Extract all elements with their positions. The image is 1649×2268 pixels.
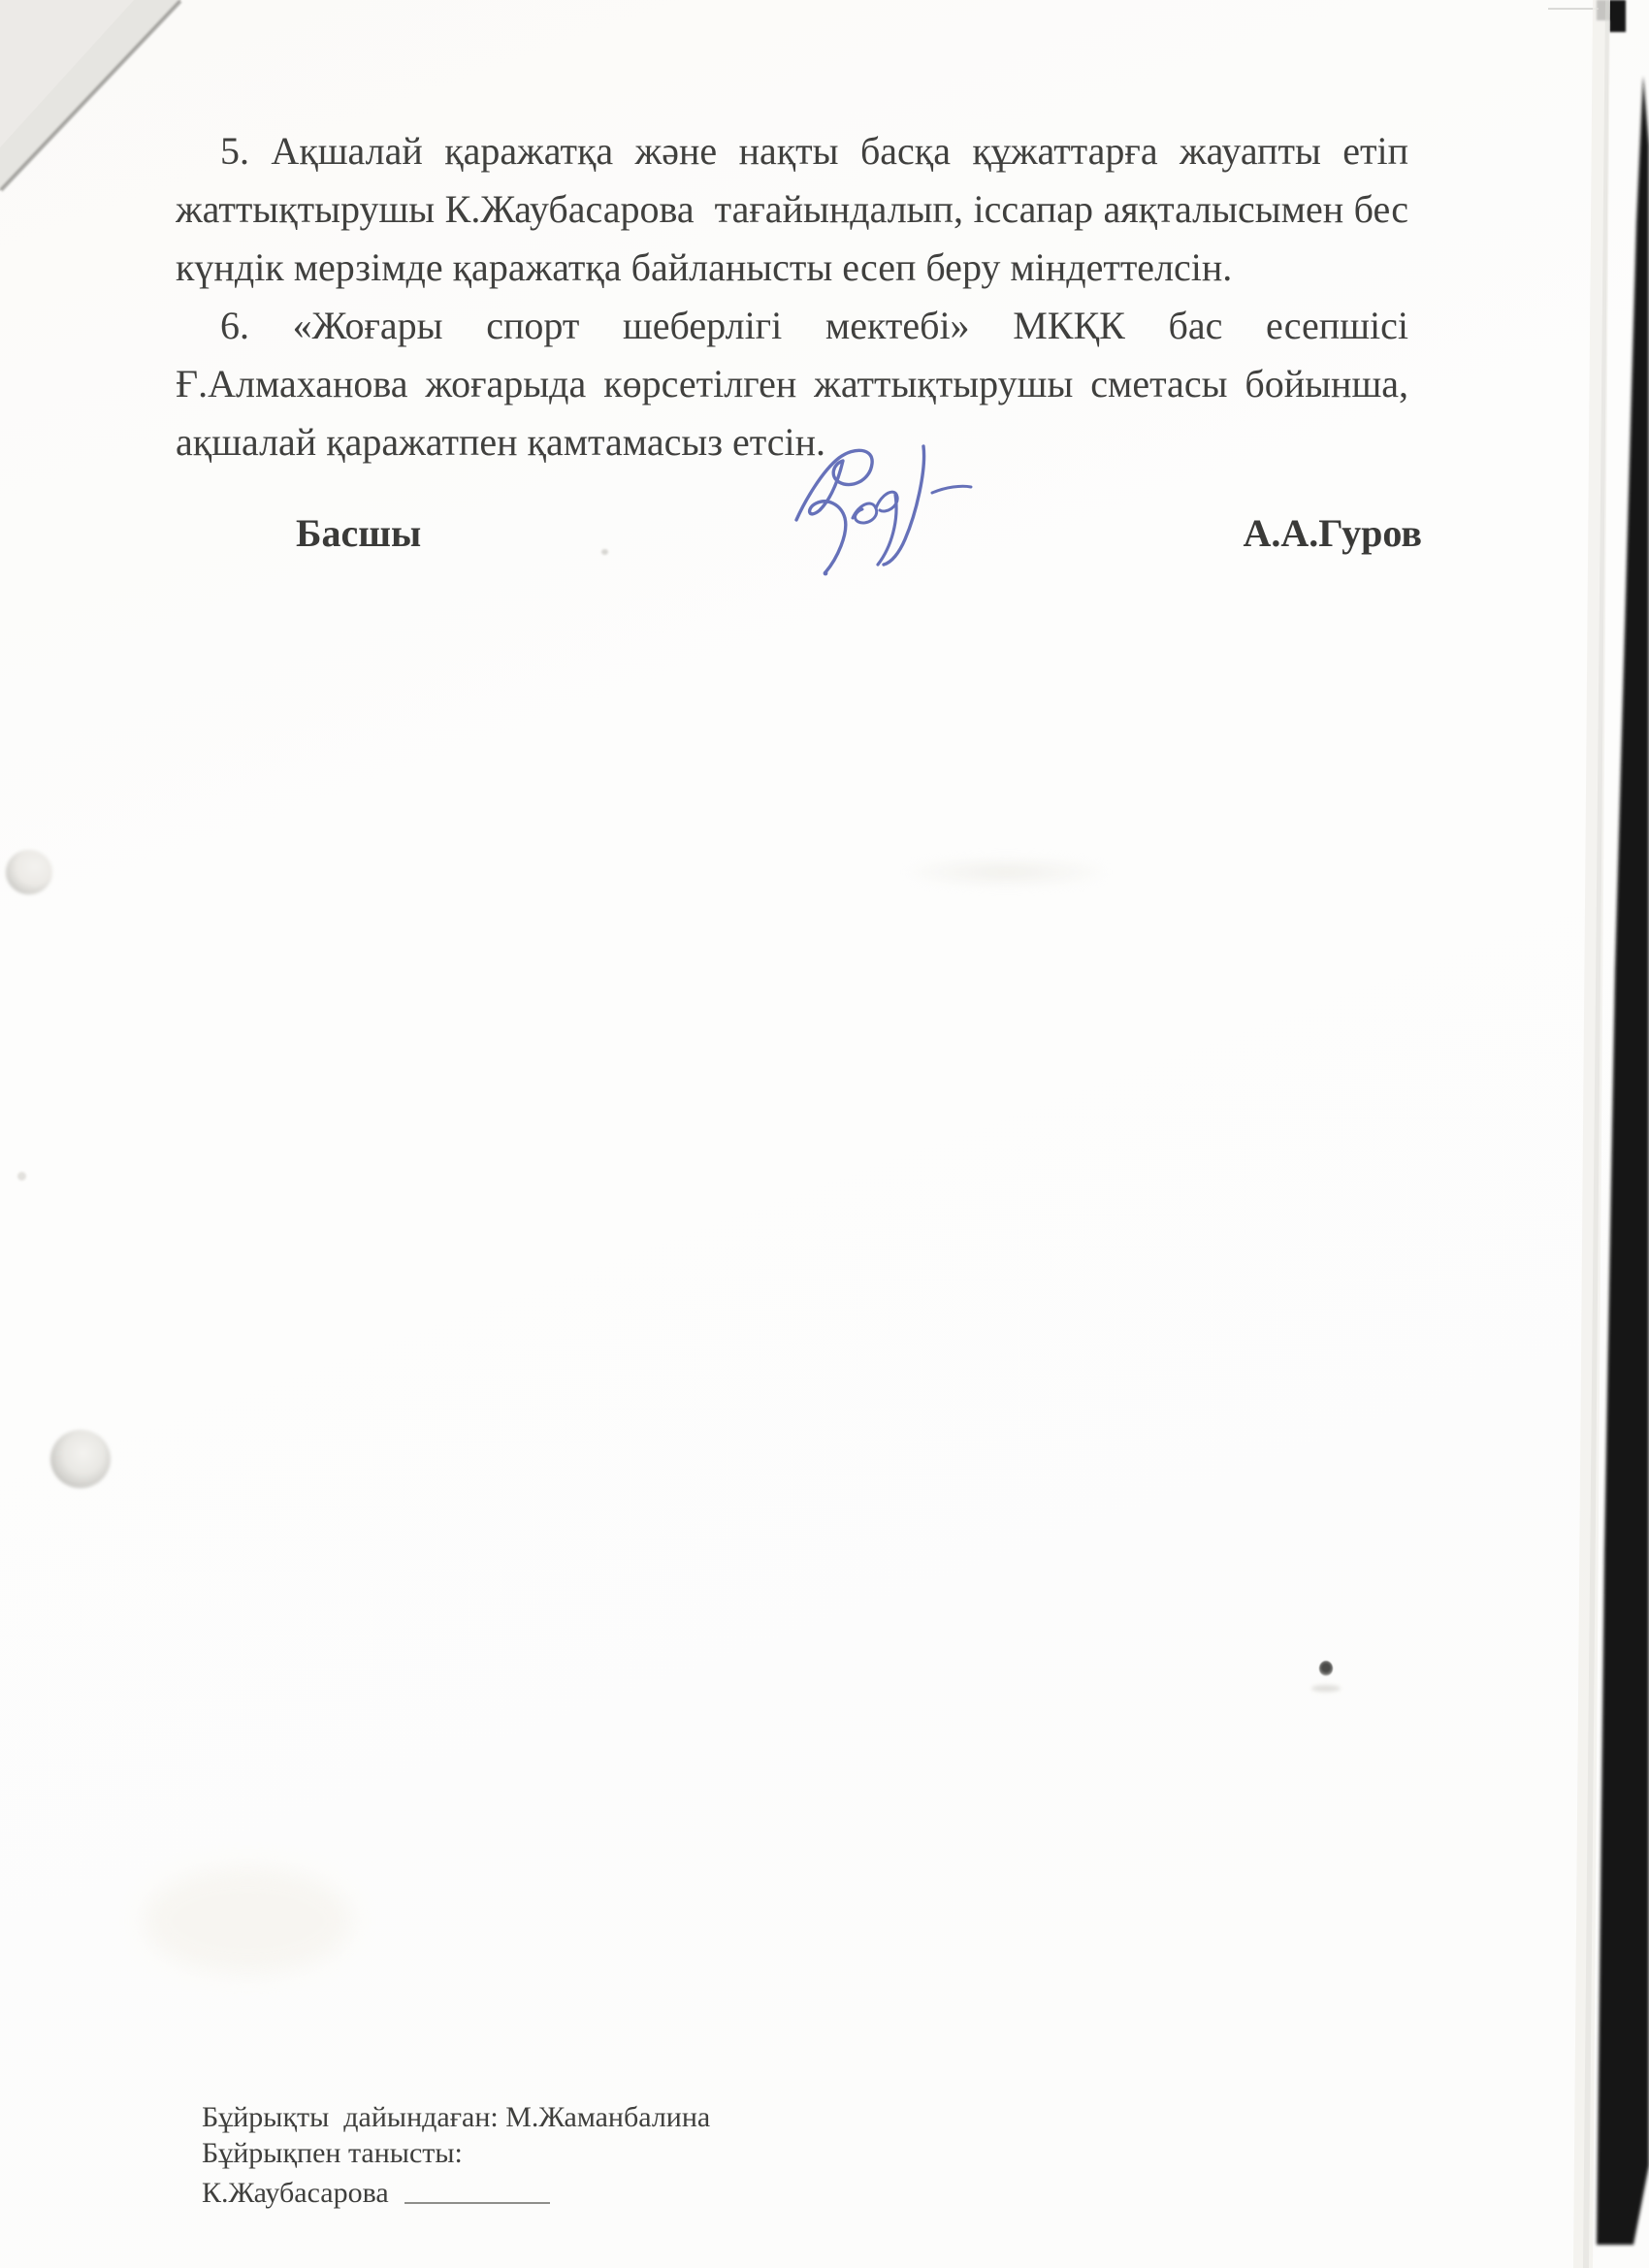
prepared-by-line: Бұйрықты дайындаған: М.Жаманбалина — [202, 2099, 710, 2135]
page-fold-corner-icon — [0, 0, 181, 191]
signatory-name: А.А.Гуров — [1243, 504, 1422, 563]
order-body-text: 5. Ақшалай қаражатқа және нақты басқа құ… — [176, 122, 1408, 471]
paragraph5-line: 5. Ақшалай қаражатқа және нақты басқа құ… — [176, 122, 1408, 180]
signature-blank-line — [404, 2173, 550, 2204]
footer-block: Бұйрықты дайындаған: М.Жаманбалина Бұйры… — [202, 2099, 710, 2211]
handwritten-signature-icon — [781, 427, 989, 590]
paragraph6-line: 6. «Жоғары спорт шеберлігі мектебі» МКҚК… — [176, 297, 1408, 355]
paragraph6-line: Ғ.Алмаханова жоғарыда көрсетілген жаттық… — [176, 355, 1408, 413]
paragraph5-line: жаттықтырушы К.Жаубасарова тағайындалып,… — [176, 180, 1408, 239]
scanned-document-page: 5. Ақшалай қаражатқа және нақты басқа құ… — [0, 0, 1649, 2268]
acknowledged-name-line: К.Жаубасарова — [202, 2171, 710, 2211]
scanner-hairline — [1548, 8, 1599, 10]
acknowledged-name: К.Жаубасарова — [202, 2177, 389, 2209]
acknowledged-label-line: Бұйрықпен танысты: — [202, 2135, 710, 2171]
signatory-title: Басшы — [296, 504, 421, 563]
paragraph5-line: күндік мерзімде қаражатқа байланысты есе… — [176, 239, 1408, 297]
